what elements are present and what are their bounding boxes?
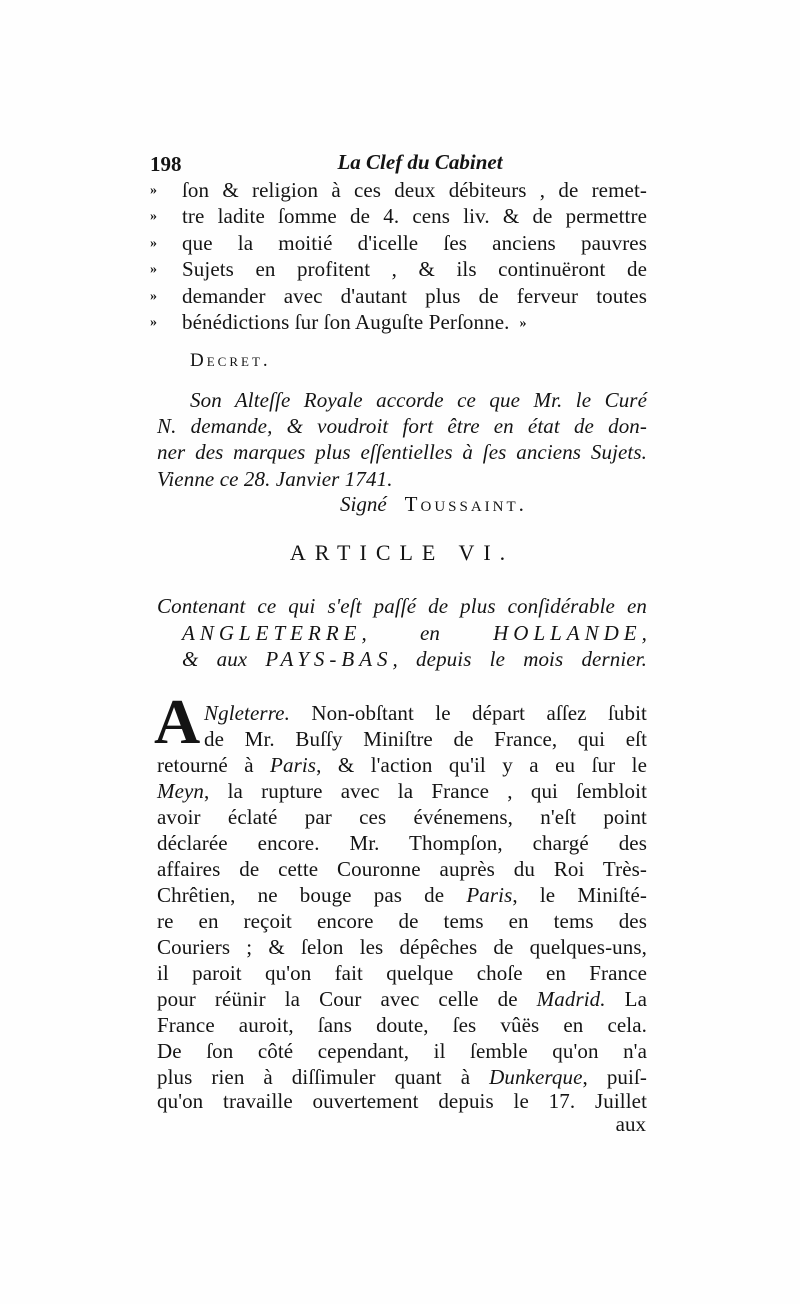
- article-subtitle-line: Contenant ce qui s'eſt paſſé de plus con…: [157, 593, 647, 619]
- subtitle-text: , depuis le mois dernier.: [393, 647, 647, 671]
- quote-mark: »: [150, 289, 157, 305]
- quoted-line: tre ladite ſomme de 4. cens liv. & de pe…: [182, 203, 647, 229]
- place-name-madrid: Madrid.: [537, 987, 606, 1011]
- body-line: Chrêtien, ne bouge pas de Paris, le Mini…: [157, 882, 647, 908]
- body-line: re en reçoit encore de tems en tems des: [157, 908, 647, 934]
- signed-label: Signé: [340, 492, 387, 516]
- closing-quote-mark: »: [520, 316, 527, 331]
- decree-line: Son Alteſſe Royale accorde ce que Mr. le…: [190, 387, 647, 413]
- body-text: Chrêtien, ne bouge pas de: [157, 883, 466, 907]
- body-text: plus rien à diſſimuler quant à: [157, 1065, 489, 1089]
- place-name-meyn: Meyn: [157, 779, 204, 803]
- quote-mark: »: [150, 315, 157, 331]
- quote-mark: »: [150, 209, 157, 225]
- body-line: France auroit, ſans doute, ſes vûës en c…: [157, 1012, 647, 1038]
- body-line: Ngleterre. Non-obſtant le départ aſſez ſ…: [204, 700, 647, 726]
- body-line: Couriers ; & ſelon les dépêches de quelq…: [157, 934, 647, 960]
- quoted-line-text: bénédictions ſur ſon Auguſte Perſonne.: [182, 310, 510, 334]
- body-text: retourné à: [157, 753, 270, 777]
- body-italic: Ngleterre.: [204, 701, 290, 725]
- subtitle-text: & aux: [182, 647, 265, 671]
- country-england: ANGLETERRE: [182, 621, 362, 645]
- body-line: avoir éclaté par ces événemens, n'eſt po…: [157, 804, 647, 830]
- quoted-line: ſon & religion à ces deux débiteurs , de…: [182, 177, 647, 203]
- quoted-line: demander avec d'autant plus de ferveur t…: [182, 283, 647, 309]
- body-text: , la rupture avec la France , qui ſemblo…: [204, 779, 647, 803]
- place-name-paris: Paris: [270, 753, 316, 777]
- article-subtitle-line: ANGLETERRE, en HOLLANDE,: [182, 620, 647, 646]
- body-text: Non-obſtant le départ aſſez ſubit: [290, 701, 647, 725]
- quote-mark: »: [150, 236, 157, 252]
- body-line: Meyn, la rupture avec la France , qui ſe…: [157, 778, 647, 804]
- quote-mark: »: [150, 262, 157, 278]
- page-number: 198: [150, 152, 182, 177]
- decree-date: Vienne ce 28. Janvier 1741.: [157, 466, 647, 492]
- body-line: pour réünir la Cour avec celle de Madrid…: [157, 986, 647, 1012]
- body-line: affaires de cette Couronne auprès du Roi…: [157, 856, 647, 882]
- signatory-name: Toussaint.: [405, 492, 527, 516]
- quote-mark: »: [150, 183, 157, 199]
- body-text: pour réünir la Cour avec celle de: [157, 987, 537, 1011]
- place-name-dunkerque: Dunkerque: [489, 1065, 582, 1089]
- article-heading: ARTICLE VI.: [157, 540, 647, 566]
- quoted-line: Sujets en profitent , & ils continuëront…: [182, 256, 647, 282]
- body-line: déclarée encore. Mr. Thompſon, chargé de…: [157, 830, 647, 856]
- place-name-paris: Paris: [466, 883, 512, 907]
- country-low-countries: PAYS-BAS: [265, 647, 392, 671]
- decree-heading: Decret.: [190, 350, 271, 372]
- body-line: De ſon côté cependant, il ſemble qu'on n…: [157, 1038, 647, 1064]
- body-text: , & l'action qu'il y a eu ſur le: [316, 753, 647, 777]
- decree-line: ner des marques plus eſſentielles à ſes …: [157, 439, 647, 465]
- quoted-line: que la moitié d'icelle ſes anciens pauvr…: [182, 230, 647, 256]
- body-line: retourné à Paris, & l'action qu'il y a e…: [157, 752, 647, 778]
- body-line: plus rien à diſſimuler quant à Dunkerque…: [157, 1064, 647, 1090]
- body-line: qu'on travaille ouvertement depuis le 17…: [157, 1088, 647, 1114]
- subtitle-text: , en: [362, 621, 494, 645]
- book-page: 198 La Clef du Cabinet » ſon & religion …: [0, 0, 800, 1304]
- drop-cap: A: [154, 694, 200, 750]
- body-line: il paroit qu'on fait quelque choſe en Fr…: [157, 960, 647, 986]
- body-text: , puiſ-: [583, 1065, 647, 1089]
- body-text: La: [606, 987, 647, 1011]
- decree-signature: SignéToussaint.: [340, 492, 527, 517]
- running-title: La Clef du Cabinet: [300, 150, 540, 175]
- subtitle-text: ,: [642, 621, 647, 645]
- country-holland: HOLLANDE: [493, 621, 642, 645]
- body-line: de Mr. Buſſy Miniſtre de France, qui eſt: [204, 726, 647, 752]
- quoted-line-last: bénédictions ſur ſon Auguſte Perſonne.»: [182, 309, 647, 337]
- catchword: aux: [616, 1112, 646, 1137]
- article-subtitle-line: & aux PAYS-BAS, depuis le mois dernier.: [182, 646, 647, 672]
- decree-line: N. demande, & voudroit fort être en état…: [157, 413, 647, 439]
- body-text: , le Miniſté-: [512, 883, 647, 907]
